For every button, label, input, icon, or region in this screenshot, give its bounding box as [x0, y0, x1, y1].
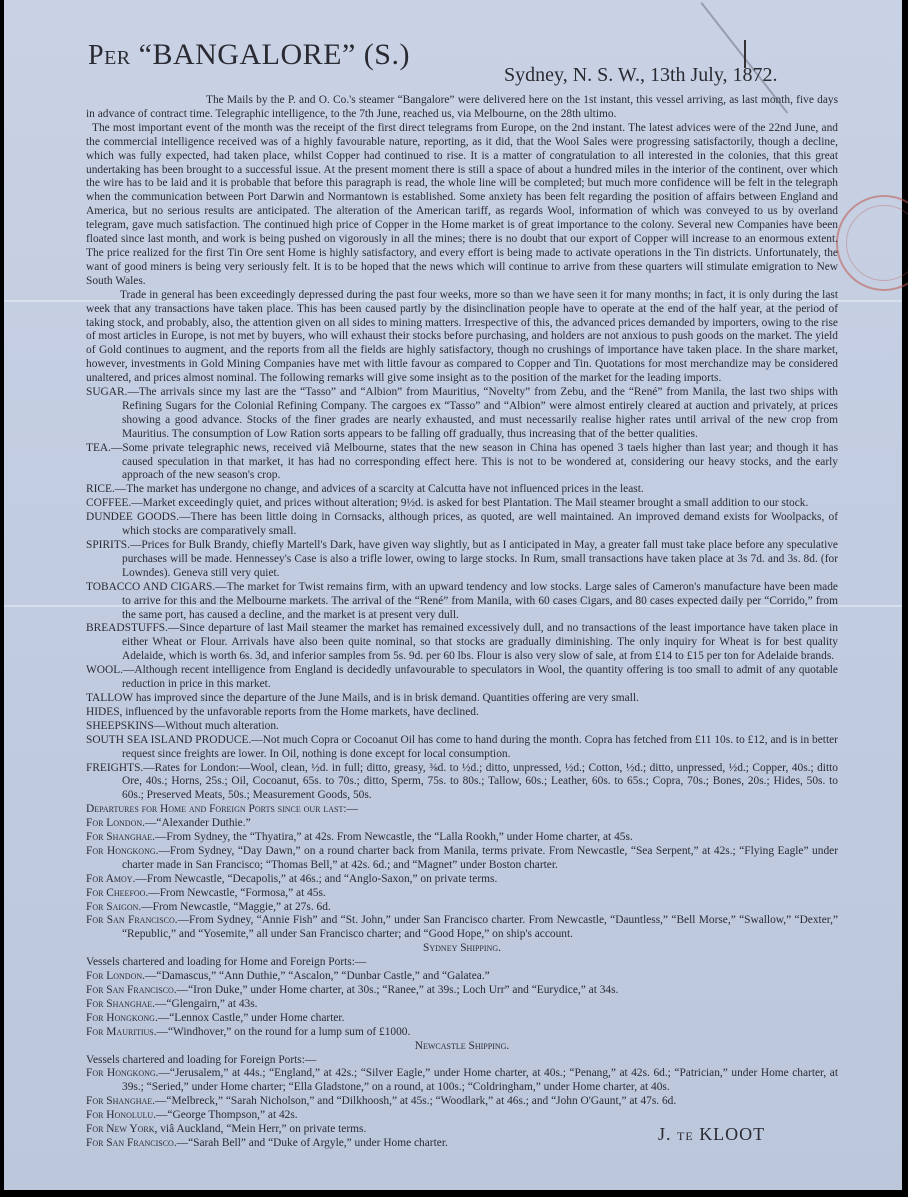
- market-text: —Prices for Bulk Brandy, chiefly Martell…: [122, 539, 838, 579]
- shipping-entry: For Shanghae.—“Glengairn,” at 43s.: [86, 998, 838, 1012]
- market-head: WOOL.: [86, 664, 123, 676]
- market-entry: COFFEE.—Market exceedingly quiet, and pr…: [86, 497, 838, 511]
- port-label: For New York,: [86, 1123, 157, 1135]
- port-label: For London.: [86, 970, 145, 982]
- departure-entry: For London.—“Alexander Duthie.”: [86, 817, 838, 831]
- signature: J. TE KLOOT: [658, 1124, 765, 1145]
- shipping-text: —“Melbreck,” “Sarah Nicholson,” and “Dil…: [155, 1095, 676, 1107]
- market-text: influenced by the unfavorable reports fr…: [122, 706, 478, 718]
- market-text: —The arrivals since my last are the “Tas…: [122, 386, 838, 440]
- shipping-text: —“Sarah Bell” and “Duke of Argyle,” unde…: [177, 1137, 448, 1149]
- departure-text: —From Newcastle, “Decapolis,” at 46s.; a…: [135, 873, 497, 885]
- market-entry: TOBACCO AND CIGARS.—The market for Twist…: [86, 581, 838, 623]
- intro-paragraph: The Mails by the P. and O. Co.'s steamer…: [86, 94, 838, 122]
- market-text: —Some private telegraphic news, received…: [111, 442, 838, 482]
- port-label: For Cheefoo.: [86, 887, 148, 899]
- market-head: RICE.: [86, 483, 115, 495]
- market-text: —The market for Twist remains firm, with…: [122, 581, 838, 621]
- departures-heading: Departures for Home and Foreign Ports si…: [86, 803, 838, 817]
- port-label: For Shanghae.: [86, 831, 155, 843]
- departure-text: —From Sydney, “Day Dawn,” on a round cha…: [122, 845, 838, 871]
- newcastle-shipping-intro: Vessels chartered and loading for Foreig…: [86, 1054, 838, 1068]
- shipping-text: —“Windhover,” on the round for a lump su…: [157, 1026, 411, 1038]
- port-label: For San Francisco.: [86, 984, 177, 996]
- market-entry: BREADSTUFFS.—Since departure of last Mai…: [86, 622, 838, 664]
- departure-text: —From Sydney, the “Thyatira,” at 42s. Fr…: [155, 831, 633, 843]
- departure-entry: For Cheefoo.—From Newcastle, “Formosa,” …: [86, 887, 838, 901]
- port-label: For Amoy.: [86, 873, 135, 885]
- market-head: SHEEPSKINS: [86, 720, 154, 732]
- sydney-shipping-heading: Sydney Shipping.: [86, 942, 838, 956]
- shipping-entry: For London.—“Damascus,” “Ann Duthie,” “A…: [86, 970, 838, 984]
- port-label: For Shanghae.: [86, 1095, 155, 1107]
- market-text: —Since departure of last Mail steamer th…: [122, 622, 838, 662]
- shipping-entry: For San Francisco.—“Iron Duke,” under Ho…: [86, 984, 838, 998]
- shipping-text: viâ Auckland, “Mein Herr,” on private te…: [157, 1123, 366, 1135]
- port-label: For San Francisco.: [86, 1137, 177, 1149]
- market-entry: HIDES, influenced by the unfavorable rep…: [86, 706, 838, 720]
- market-text: —Although recent intelligence from Engla…: [122, 664, 838, 690]
- departure-entry: For Shanghae.—From Sydney, the “Thyatira…: [86, 831, 838, 845]
- market-head: FREIGHTS.: [86, 762, 143, 774]
- shipping-text: —“Glengairn,” at 43s.: [155, 998, 257, 1010]
- title-ship: “BANGALORE” (S.): [139, 38, 410, 71]
- market-entry: SUGAR.—The arrivals since my last are th…: [86, 386, 838, 442]
- signature-surname: KLOOT: [699, 1124, 765, 1144]
- market-entry: RICE.—The market has undergone no change…: [86, 483, 838, 497]
- shipping-entry: For Hongkong.—“Jerusalem,” at 44s.; “Eng…: [86, 1067, 838, 1095]
- market-text: —Without much alteration.: [154, 720, 279, 732]
- market-entry: SHEEPSKINS—Without much alteration.: [86, 720, 838, 734]
- market-head: BREADSTUFFS.: [86, 622, 168, 634]
- market-head: COFFEE.: [86, 497, 131, 509]
- market-head: TOBACCO AND CIGARS.: [86, 581, 215, 593]
- port-label: For London.: [86, 817, 145, 829]
- port-label: For San Francisco.: [86, 914, 178, 926]
- market-head: SPIRITS.: [86, 539, 130, 551]
- intro-paragraph: The most important event of the month wa…: [86, 122, 838, 289]
- shipping-entry: For Honolulu.—“George Thompson,” at 42s.: [86, 1109, 838, 1123]
- letter-body: The Mails by the P. and O. Co.'s steamer…: [86, 94, 838, 1151]
- market-head: TALLOW: [86, 692, 133, 704]
- market-entry: FREIGHTS.—Rates for London:—Wool, clean,…: [86, 762, 838, 804]
- shipping-text: —“Lennox Castle,” under Home charter.: [158, 1012, 345, 1024]
- market-head: TEA.: [86, 442, 111, 454]
- dateline: Sydney, N. S. W., 13th July, 1872.: [504, 64, 778, 87]
- port-label: For Honolulu.: [86, 1109, 156, 1121]
- sydney-shipping-section: Sydney Shipping. Vessels chartered and l…: [86, 942, 838, 1039]
- port-label: For Saigon.: [86, 901, 141, 913]
- market-text: —The market has undergone no change, and…: [115, 483, 644, 495]
- departures-section: Departures for Home and Foreign Ports si…: [86, 803, 838, 942]
- signature-initial: J.: [658, 1124, 672, 1144]
- title-prefix: Per: [88, 40, 131, 71]
- market-head: DUNDEE GOODS.: [86, 511, 179, 523]
- shipping-text: —“George Thompson,” at 42s.: [156, 1109, 298, 1121]
- shipping-entry: For Shanghae.—“Melbreck,” “Sarah Nichols…: [86, 1095, 838, 1109]
- market-head: HIDES,: [86, 706, 122, 718]
- port-label: For Shanghae.: [86, 998, 155, 1010]
- newcastle-shipping-heading: Newcastle Shipping.: [86, 1040, 838, 1054]
- port-label: For Hongkong.: [86, 1067, 159, 1079]
- market-head: SOUTH SEA ISLAND PRODUCE.: [86, 734, 251, 746]
- port-label: For Hongkong.: [86, 1012, 158, 1024]
- departure-entry: For San Francisco.—From Sydney, “Annie F…: [86, 914, 838, 942]
- market-entry: DUNDEE GOODS.—There has been little doin…: [86, 511, 838, 539]
- postmark-stamp: [836, 195, 908, 291]
- signature-particle: TE: [677, 1129, 694, 1143]
- departure-text: —From Newcastle, “Formosa,” at 45s.: [148, 887, 325, 899]
- shipping-text: —“Iron Duke,” under Home charter, at 30s…: [177, 984, 619, 996]
- market-head: SUGAR.: [86, 386, 127, 398]
- market-entry: TALLOW has improved since the departure …: [86, 692, 838, 706]
- market-text: —There has been little doing in Cornsack…: [122, 511, 838, 537]
- departure-text: —From Newcastle, “Maggie,” at 27s. 6d.: [141, 901, 330, 913]
- market-text: —Rates for London:—Wool, clean, ½d. in f…: [122, 762, 838, 802]
- departure-entry: For Saigon.—From Newcastle, “Maggie,” at…: [86, 901, 838, 915]
- sydney-shipping-intro: Vessels chartered and loading for Home a…: [86, 956, 838, 970]
- market-entry: SOUTH SEA ISLAND PRODUCE.—Not much Copra…: [86, 734, 838, 762]
- page-title: Per “BANGALORE” (S.): [88, 38, 410, 72]
- market-text: —Market exceedingly quiet, and prices wi…: [131, 497, 808, 509]
- market-reports: SUGAR.—The arrivals since my last are th…: [86, 386, 838, 803]
- intro-paragraph: Trade in general has been exceedingly de…: [86, 289, 838, 386]
- shipping-entry: For Mauritius.—“Windhover,” on the round…: [86, 1026, 838, 1040]
- departure-text: —“Alexander Duthie.”: [145, 817, 251, 829]
- market-entry: TEA.—Some private telegraphic news, rece…: [86, 442, 838, 484]
- shipping-text: —“Jerusalem,” at 44s.; “England,” at 42s…: [122, 1067, 838, 1093]
- port-label: For Mauritius.: [86, 1026, 157, 1038]
- shipping-entry: For Hongkong.—“Lennox Castle,” under Hom…: [86, 1012, 838, 1026]
- market-text: has improved since the departure of the …: [133, 692, 639, 704]
- shipping-text: —“Damascus,” “Ann Duthie,” “Ascalon,” “D…: [145, 970, 490, 982]
- market-entry: SPIRITS.—Prices for Bulk Brandy, chiefly…: [86, 539, 838, 581]
- departure-entry: For Amoy.—From Newcastle, “Decapolis,” a…: [86, 873, 838, 887]
- departure-text: —From Sydney, “Annie Fish” and “St. John…: [122, 914, 838, 940]
- circular-letter: Per “BANGALORE” (S.) Sydney, N. S. W., 1…: [4, 0, 902, 1190]
- port-label: For Hongkong.: [86, 845, 158, 857]
- departure-entry: For Hongkong.—From Sydney, “Day Dawn,” o…: [86, 845, 838, 873]
- market-entry: WOOL.—Although recent intelligence from …: [86, 664, 838, 692]
